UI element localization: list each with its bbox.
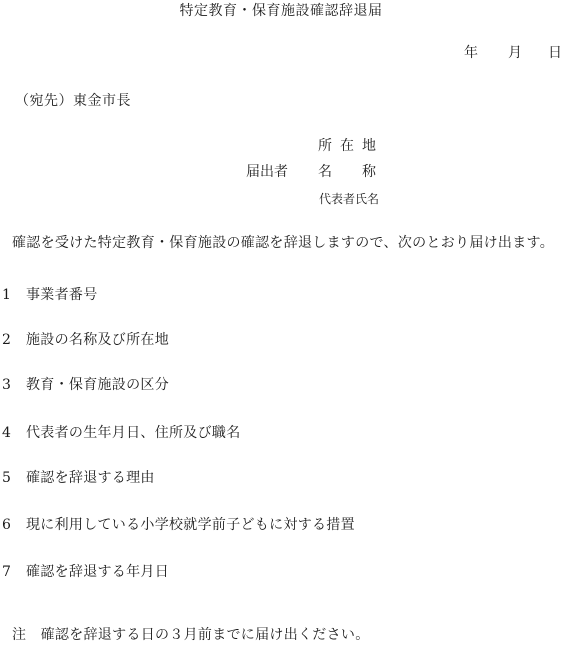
intro-statement: 確認を受けた特定教育・保育施設の確認を辞退しますので、次のとおり届け出ます。	[12, 234, 554, 252]
addressee: （宛先）東金市長	[15, 92, 131, 110]
footnote: 注 確認を辞退する日の３月前までに届け出ください。	[12, 626, 370, 644]
item-number: 7	[2, 563, 11, 581]
name-label-char-2: 称	[362, 163, 376, 181]
item-number: 4	[2, 424, 11, 442]
date-month-label: 月	[508, 44, 522, 62]
date-day-label: 日	[548, 44, 562, 62]
item-text: 代表者の生年月日、住所及び職名	[26, 424, 241, 442]
item-number: 2	[2, 331, 11, 349]
item-text: 事業者番号	[26, 286, 98, 304]
address-label-char-1: 所	[318, 137, 332, 155]
address-label-char-3: 地	[362, 137, 376, 155]
item-text: 確認を辞退する理由	[26, 469, 155, 487]
item-text: 現に利用している小学校就学前子どもに対する措置	[26, 516, 355, 534]
submitter-label: 届出者	[246, 163, 288, 181]
address-label-char-2: 在	[340, 137, 354, 155]
item-text: 確認を辞退する年月日	[26, 563, 169, 581]
name-label-char-1: 名	[318, 163, 332, 181]
item-number: 3	[2, 376, 11, 394]
document-title: 特定教育・保育施設確認辞退届	[0, 2, 562, 20]
item-number: 5	[2, 469, 11, 487]
representative-name-label: 代表者氏名	[319, 190, 379, 208]
date-year-label: 年	[464, 44, 478, 62]
item-text: 教育・保育施設の区分	[26, 376, 169, 394]
item-number: 6	[2, 516, 11, 534]
item-number: 1	[2, 286, 11, 304]
item-text: 施設の名称及び所在地	[26, 331, 169, 349]
